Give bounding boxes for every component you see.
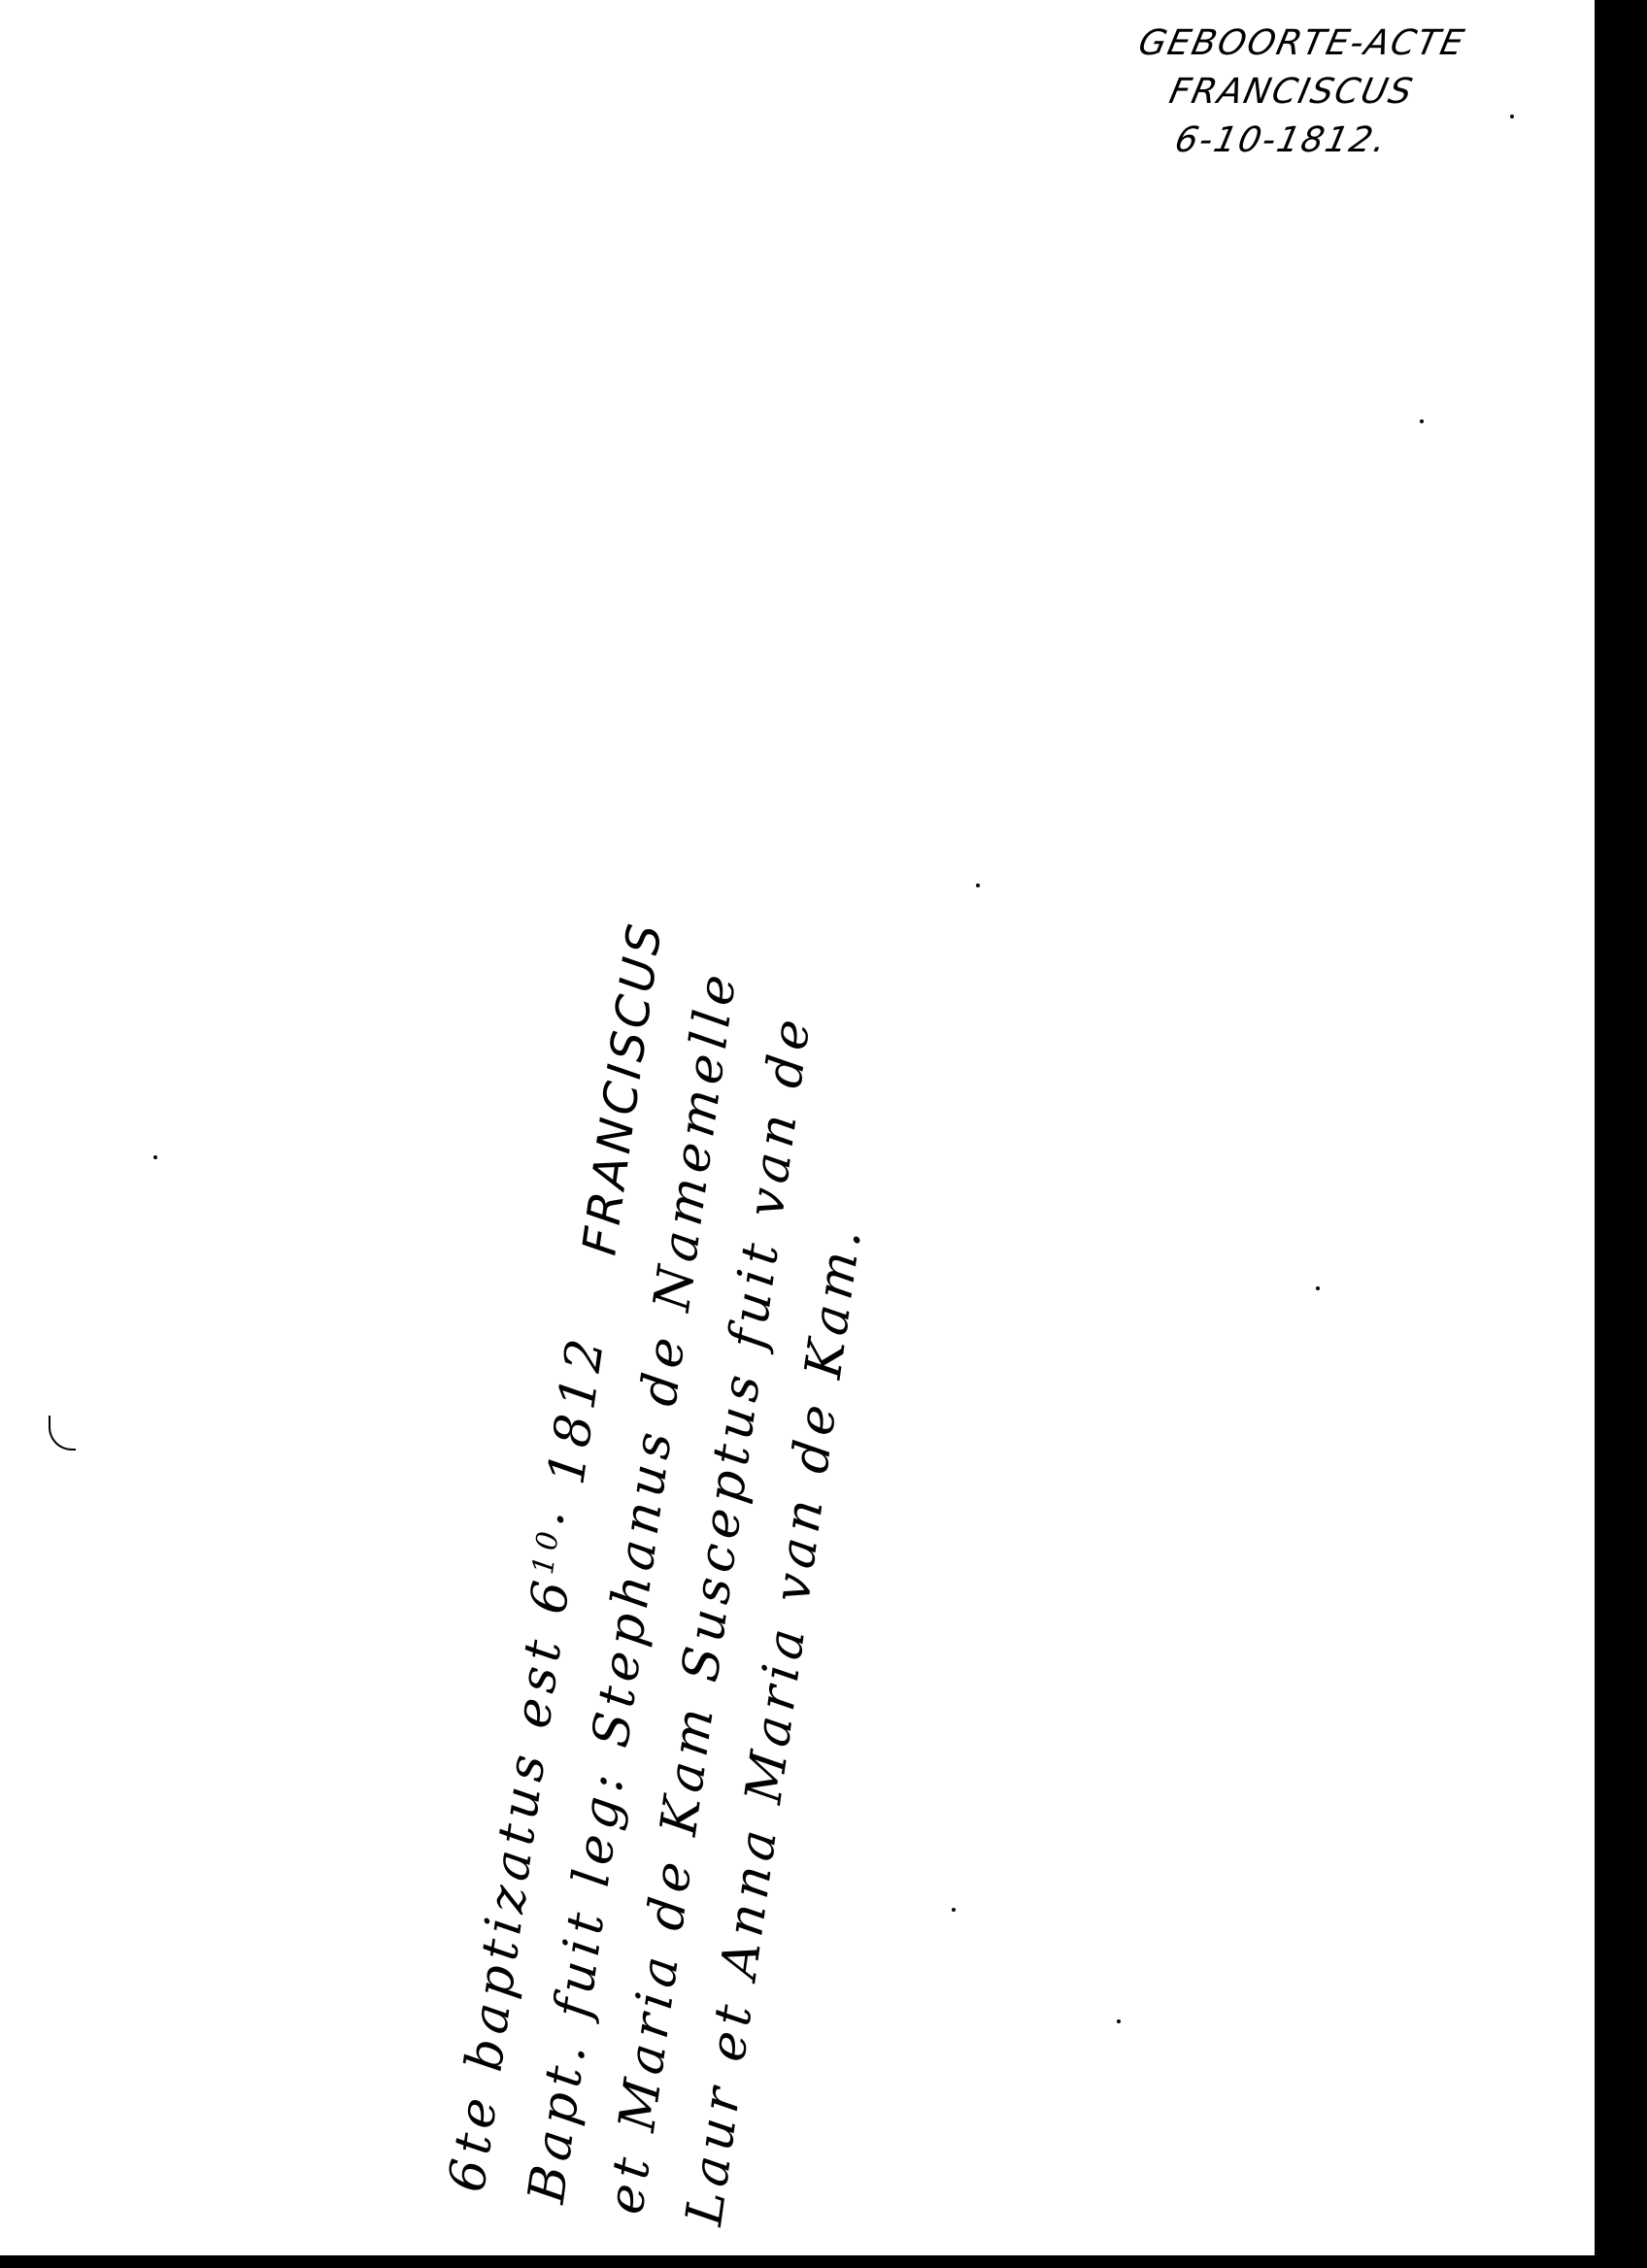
record-date-superscript: 10: [526, 1523, 567, 1577]
record-date-year: · 1812: [531, 1330, 616, 1532]
handwritten-record: 6te baptizatus est 610· 1812 FRANCISCUS …: [0, 0, 1647, 2268]
rotated-baptism-entry: 6te baptizatus est 610· 1812 FRANCISCUS …: [418, 914, 923, 2230]
scan-speck: [1316, 1286, 1320, 1290]
scan-speck: [1420, 419, 1424, 423]
scan-speck: [1510, 115, 1514, 118]
scan-speck: [976, 884, 980, 887]
scan-speck: [153, 1155, 157, 1159]
scan-speck: [1117, 2019, 1121, 2023]
scan-speck: [952, 1908, 956, 1912]
